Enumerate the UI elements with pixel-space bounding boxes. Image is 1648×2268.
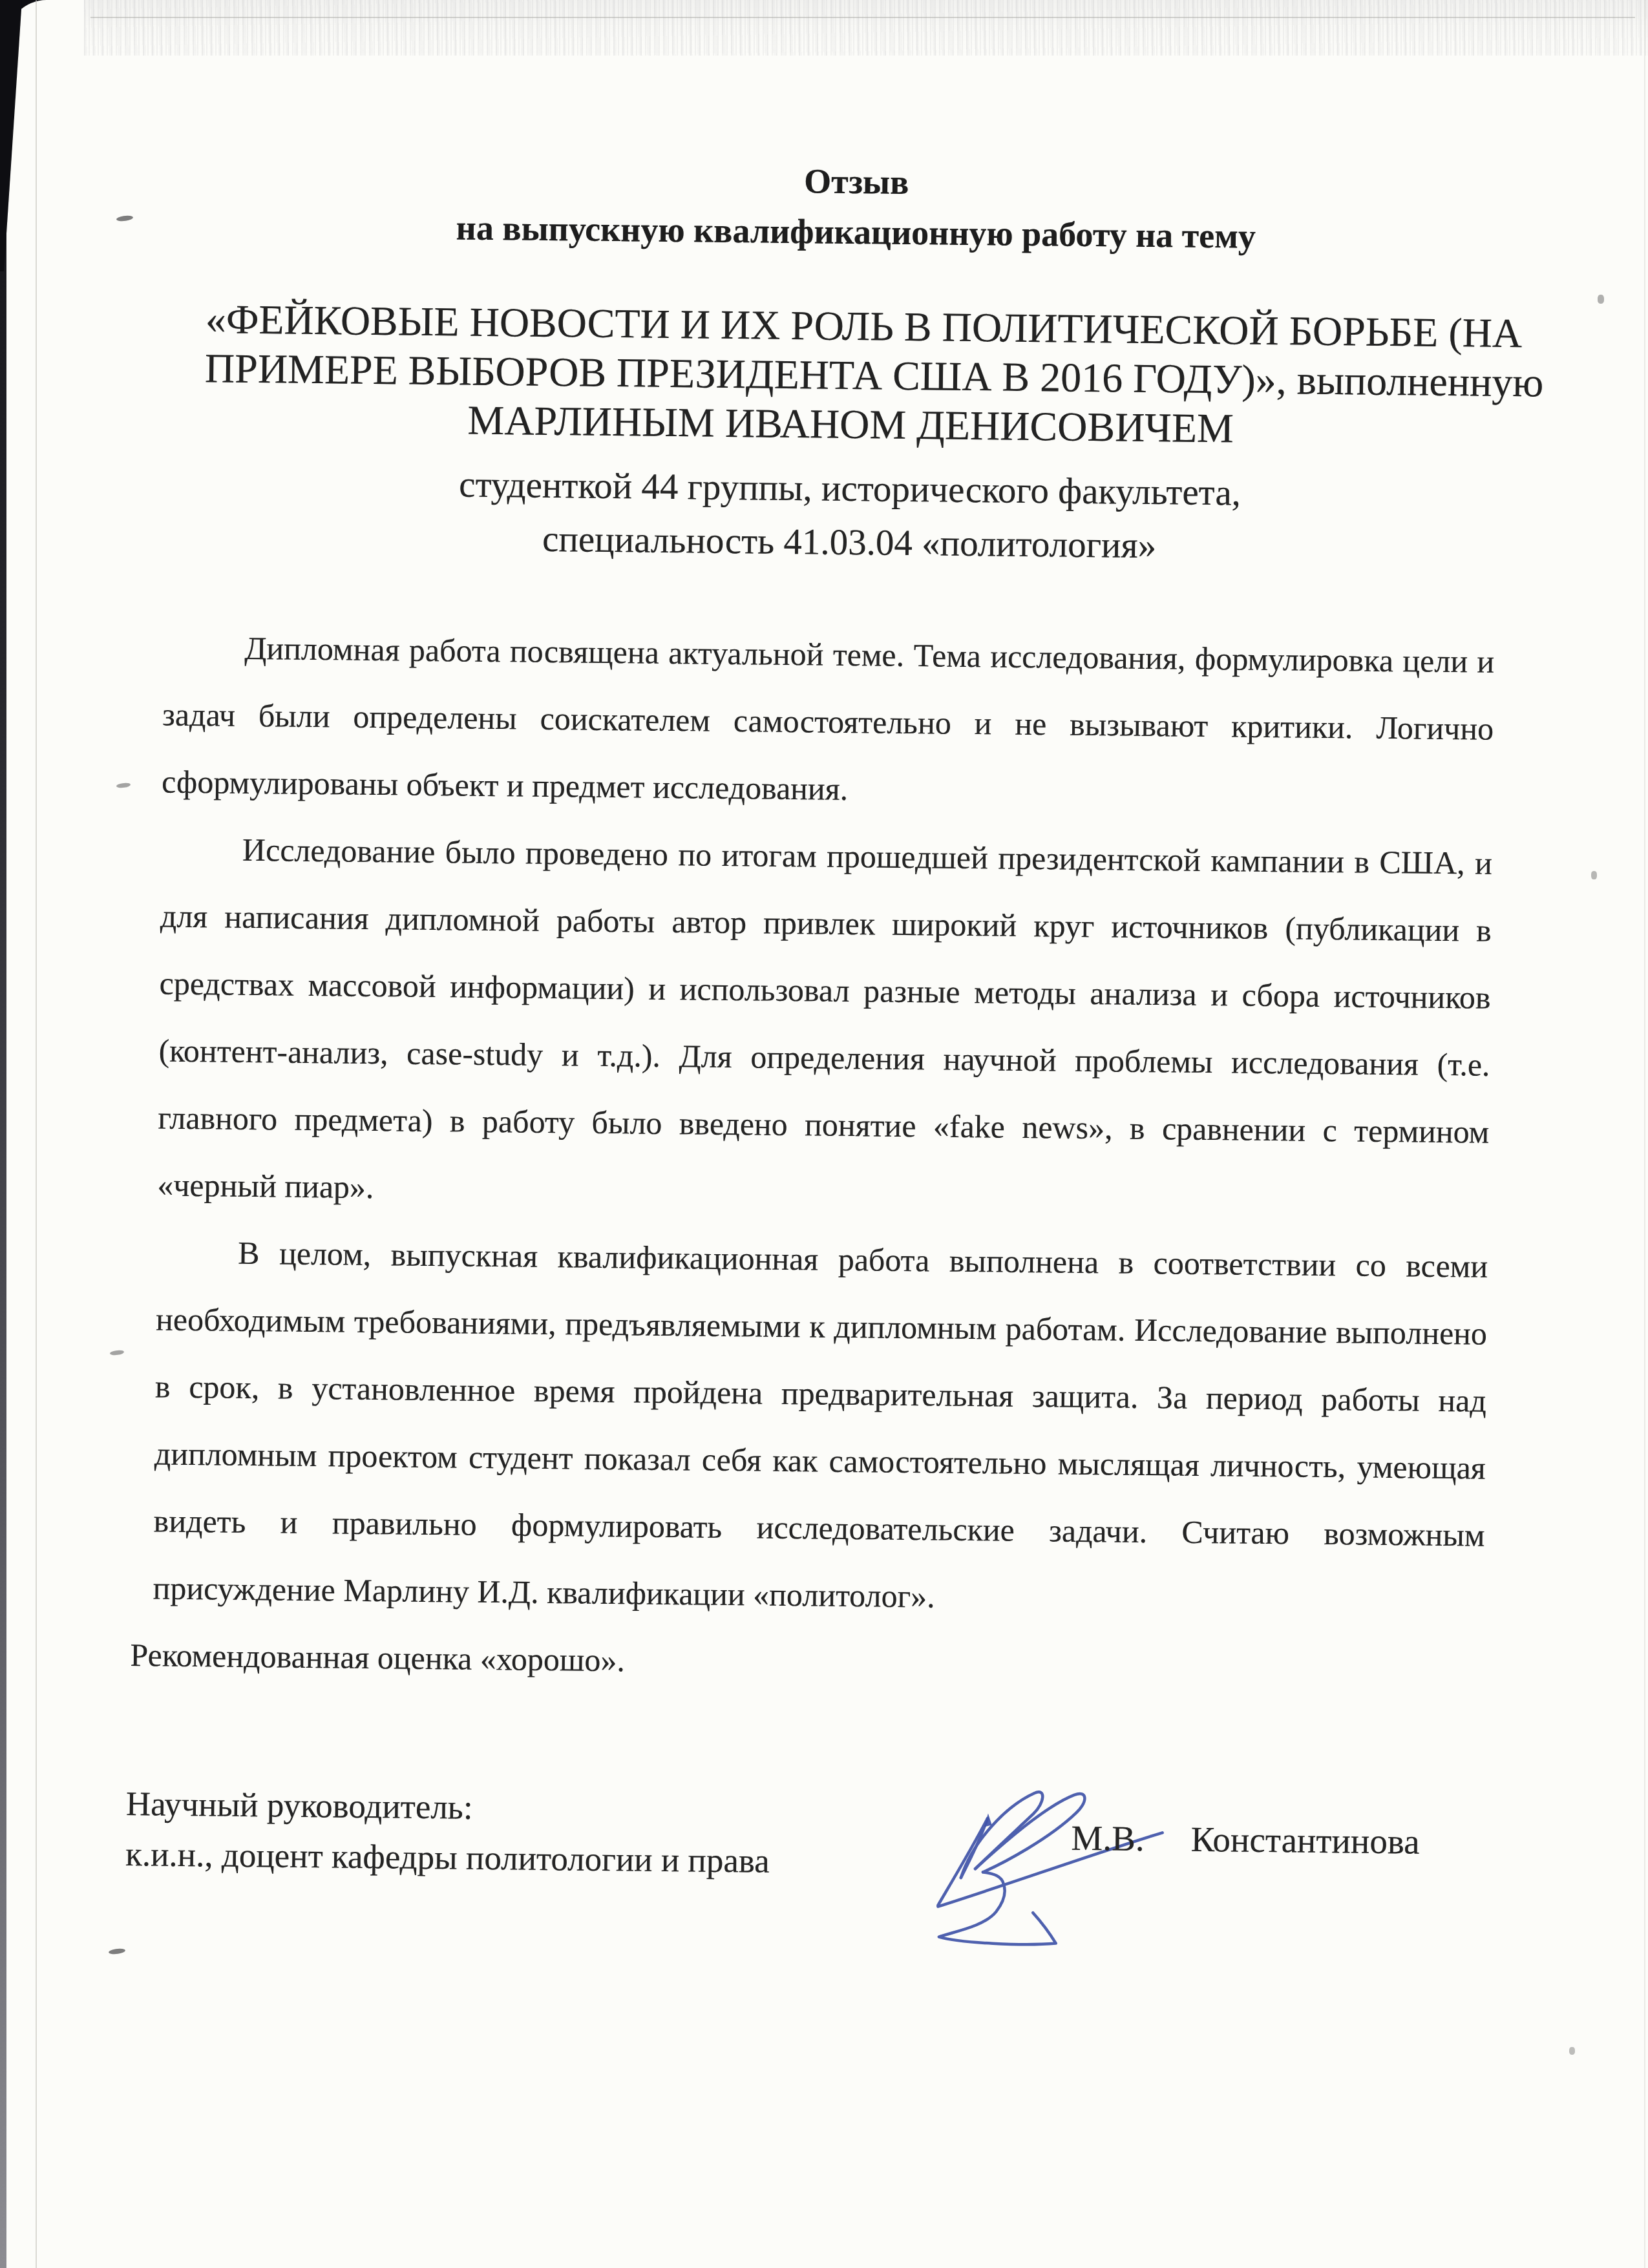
scan-speck (1569, 2047, 1575, 2055)
scan-speck (1598, 295, 1604, 304)
scan-speck (109, 1948, 126, 1955)
document-content: Отзыв на выпускную квалификационную рабо… (148, 0, 1501, 2038)
scanned-review-document-page: Отзыв на выпускную квалификационную рабо… (0, 0, 1648, 2268)
advisor-initials: М.В. (1071, 1818, 1145, 1858)
page-edge-line-right (1644, 0, 1645, 2268)
advisor-role-line1: Научный руководитель: (126, 1779, 770, 1836)
signature-block: Научный руководитель: к.и.н., доцент каф… (148, 1745, 1483, 2037)
recommendation-line: Рекомендованная оценка «хорошо». (130, 1621, 1484, 1703)
advisor-surname: Константинова (1190, 1820, 1420, 1862)
paragraph-method: Исследование было проведено по итогам пр… (157, 815, 1493, 1233)
scanner-edge-wedge (0, 0, 22, 271)
scanner-edge-strip (0, 0, 6, 2268)
advisor-role: Научный руководитель: к.и.н., доцент каф… (125, 1779, 770, 1887)
review-body: Дипломная работа посвящена актуальной те… (152, 614, 1495, 1703)
scan-speck (116, 782, 131, 789)
scan-speck (1591, 871, 1597, 879)
paragraph-conclusion: В целом, выпускная квалификационная рабо… (153, 1218, 1488, 1635)
advisor-name: М.В.Константинова (1071, 1818, 1420, 1862)
scan-speck (110, 1350, 125, 1356)
scan-speck (116, 215, 134, 222)
advisor-role-line2: к.и.н., доцент кафедры политологии и пра… (125, 1829, 770, 1887)
page-edge-line (36, 0, 37, 2268)
thesis-title: «ФЕЙКОВЫЕ НОВОСТИ И ИХ РОЛЬ В ПОЛИТИЧЕСК… (165, 295, 1498, 456)
paragraph-topic: Дипломная работа посвящена актуальной те… (162, 614, 1495, 830)
